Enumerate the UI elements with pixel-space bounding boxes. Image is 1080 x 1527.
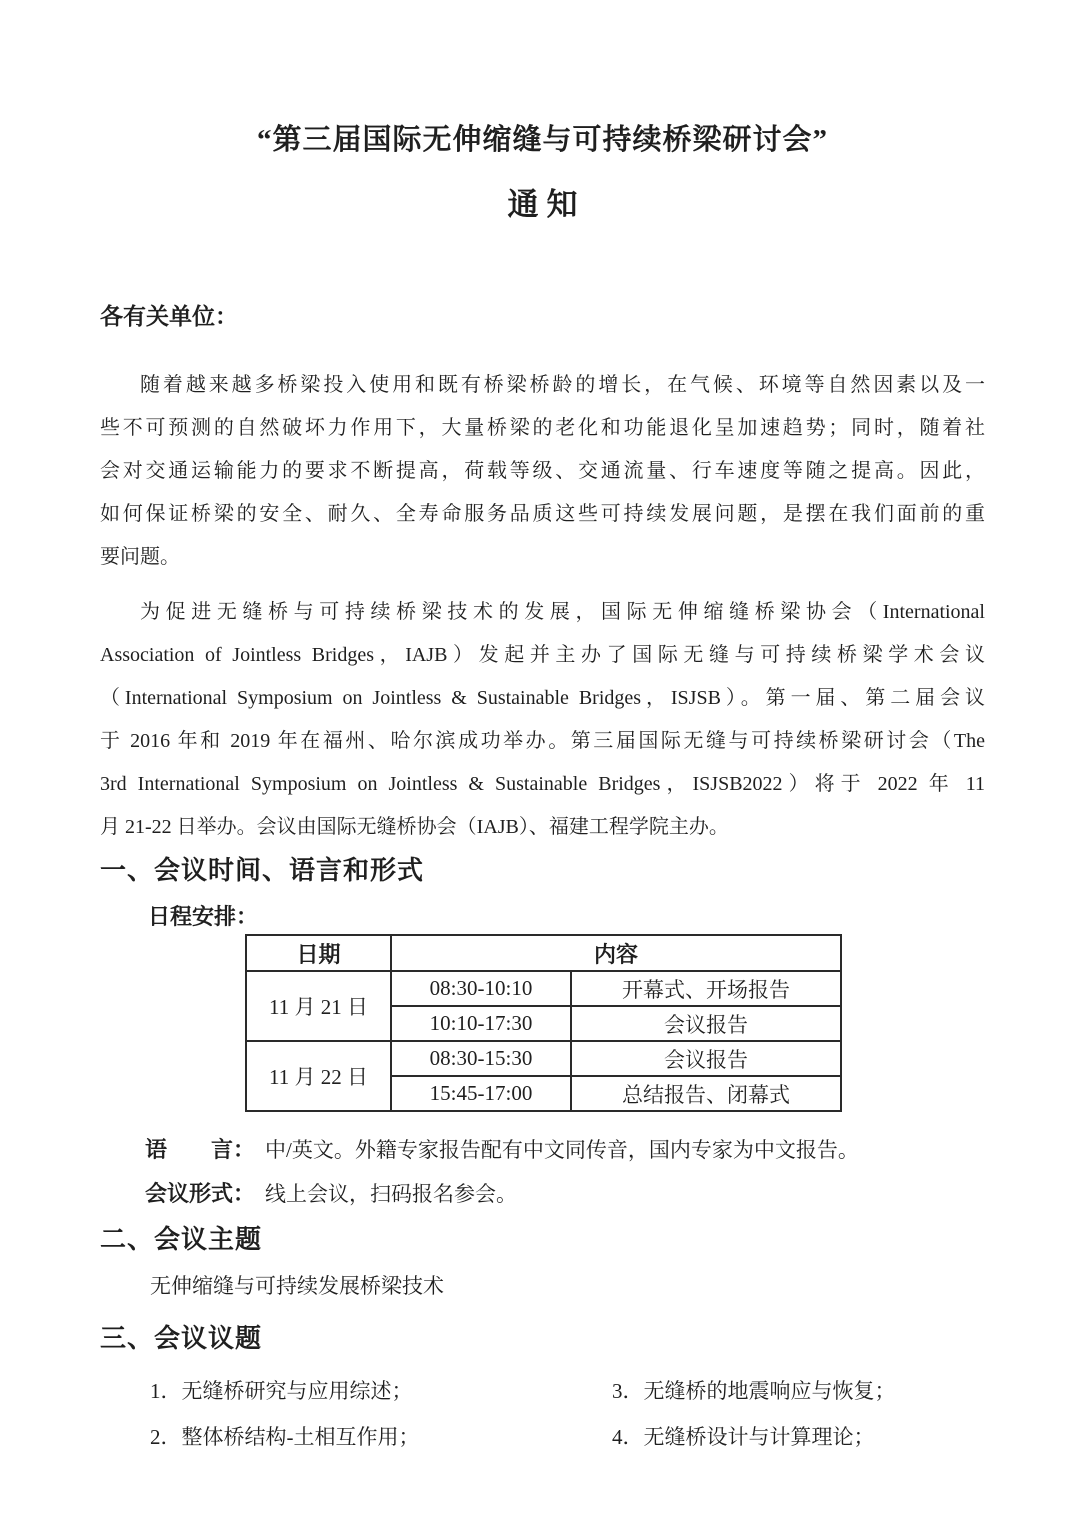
topic-item: 4．无缝桥设计与计算理论；: [612, 1424, 896, 1450]
time-cell: 15:45-17:00: [391, 1076, 571, 1111]
topics-list: 1．无缝桥研究与应用综述； 2．整体桥结构-土相互作用； 3．无缝桥的地震响应与…: [150, 1378, 985, 1450]
paragraph-line: 要问题。: [100, 536, 985, 579]
section-heading-2: 二、会议主题: [100, 1222, 985, 1257]
paragraph-line: 月 21-22 日举办。会议由国际无缝桥协会（IAJB）、福建工程学院主办。: [100, 806, 985, 849]
paragraph-line: 于 2016 年和 2019 年在福州、哈尔滨成功举办。第三届国际无缝与可持续桥…: [100, 720, 985, 763]
conference-theme: 无伸缩缝与可持续发展桥梁技术: [150, 1271, 985, 1301]
paragraph-line: 如何保证桥梁的安全、耐久、全寿命服务品质这些可持续发展问题，是摆在我们面前的重: [100, 493, 985, 536]
document-title: “第三届国际无伸缩缝与可持续桥梁研讨会”: [100, 120, 985, 160]
table-row: 11 月 21 日 08:30-10:10 开幕式、开场报告: [246, 971, 841, 1006]
paragraph-line: 3rd International Symposium on Jointless…: [100, 763, 985, 806]
language-value: 中/英文。外籍专家报告配有中文同传音，国内专家为中文报告。: [265, 1138, 859, 1162]
format-label: 会议形式：: [145, 1181, 255, 1206]
paragraph-line: 为促进无缝桥与可持续桥梁技术的发展，国际无伸缩缝桥梁协会（Internation…: [100, 591, 985, 634]
greeting-line: 各有关单位：: [100, 300, 985, 332]
col-header-content: 内容: [391, 935, 841, 971]
paragraph-2: 为促进无缝桥与可持续桥梁技术的发展，国际无伸缩缝桥梁协会（Internation…: [100, 591, 985, 849]
section-heading-1: 一、会议时间、语言和形式: [100, 853, 985, 888]
topics-column-left: 1．无缝桥研究与应用综述； 2．整体桥结构-土相互作用；: [150, 1378, 612, 1450]
table-header-row: 日期 内容: [246, 935, 841, 971]
paragraph-line: Association of Jointless Bridges，IAJB）发起…: [100, 634, 985, 677]
time-cell: 08:30-15:30: [391, 1041, 571, 1076]
content-cell: 会议报告: [571, 1041, 841, 1076]
content-cell: 开幕式、开场报告: [571, 971, 841, 1006]
language-line: 语 言：中/英文。外籍专家报告配有中文同传音，国内专家为中文报告。: [145, 1128, 985, 1172]
topic-item: 3．无缝桥的地震响应与恢复；: [612, 1378, 896, 1404]
language-label: 语 言：: [145, 1137, 255, 1162]
topic-item: 1．无缝桥研究与应用综述；: [150, 1378, 612, 1404]
date-cell: 11 月 21 日: [246, 971, 391, 1041]
content-cell: 会议报告: [571, 1006, 841, 1041]
time-cell: 10:10-17:30: [391, 1006, 571, 1041]
paragraph-line: 些不可预测的自然破坏力作用下，大量桥梁的老化和功能退化呈加速趋势；同时，随着社: [100, 407, 985, 450]
section-heading-3: 三、会议议题: [100, 1321, 985, 1356]
paragraph-1: 随着越来越多桥梁投入使用和既有桥梁桥龄的增长，在气候、环境等自然因素以及一 些不…: [100, 364, 985, 579]
table-row: 11 月 22 日 08:30-15:30 会议报告: [246, 1041, 841, 1076]
paragraph-line: （International Symposium on Jointless & …: [100, 677, 985, 720]
topics-column-right: 3．无缝桥的地震响应与恢复； 4．无缝桥设计与计算理论；: [612, 1378, 896, 1450]
schedule-label: 日程安排：: [148, 902, 985, 932]
topic-item: 2．整体桥结构-土相互作用；: [150, 1424, 612, 1450]
time-cell: 08:30-10:10: [391, 971, 571, 1006]
schedule-table: 日期 内容 11 月 21 日 08:30-10:10 开幕式、开场报告 10:…: [245, 934, 842, 1112]
notice-document: “第三届国际无伸缩缝与可持续桥梁研讨会” 通知 各有关单位： 随着越来越多桥梁投…: [0, 0, 1080, 1527]
document-subtitle: 通知: [100, 184, 985, 226]
format-value: 线上会议，扫码报名参会。: [265, 1182, 517, 1206]
paragraph-line: 会对交通运输能力的要求不断提高，荷载等级、交通流量、行车速度等随之提高。因此，: [100, 450, 985, 493]
col-header-date: 日期: [246, 935, 391, 971]
paragraph-line: 随着越来越多桥梁投入使用和既有桥梁桥龄的增长，在气候、环境等自然因素以及一: [100, 364, 985, 407]
format-line: 会议形式：线上会议，扫码报名参会。: [145, 1172, 985, 1216]
date-cell: 11 月 22 日: [246, 1041, 391, 1111]
content-cell: 总结报告、闭幕式: [571, 1076, 841, 1111]
